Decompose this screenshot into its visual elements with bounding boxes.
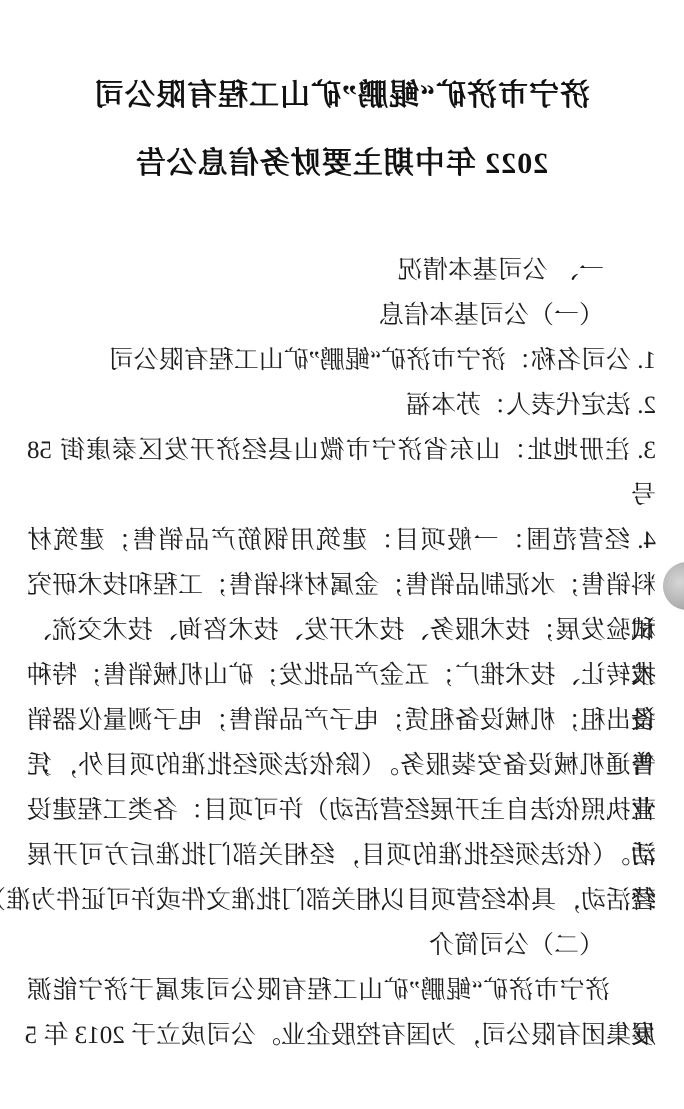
section-heading: 一、 公司基本情况: [27, 248, 656, 293]
document-text: 济宁市济矿“鲲鹏”矿山工程有限公司2022 年中期主要财务信息公告 一、 公司基…: [27, 0, 656, 1058]
doc-title-line: 2022 年中期主要财务信息公告: [27, 130, 656, 198]
numbered-item: 3. 注册地址：山东省济宁市微山县经济开发区泰康街 58号: [27, 428, 656, 518]
text-line: 术转让、技术推广；五金产品批发；矿山机械销售；特种设: [27, 653, 656, 698]
text-line: 展集团有限公司，为国有控股企业。公司成立于 2013 年 5: [27, 1013, 656, 1058]
text-line: 济宁市济矿“鲲鹏”矿山工程有限公司隶属于济宁能源发: [27, 968, 656, 1013]
section-heading: （二）公司简介: [27, 923, 656, 968]
numbered-item: 2. 法定代表人：苏本福: [27, 383, 656, 428]
numbered-item: 1. 公司名称：济宁市济矿“鲲鹏”矿山工程有限公司: [27, 338, 656, 383]
section-heading: （一）公司基本信息: [27, 293, 656, 338]
doc-title-line: 济宁市济矿“鲲鹏”矿山工程有限公司: [27, 62, 656, 130]
text-line: 试验发展；技术服务、技术开发、技术咨询、技术交流、技: [27, 608, 656, 653]
doc-body: 一、 公司基本情况（一）公司基本信息1. 公司名称：济宁市济矿“鲲鹏”矿山工程有…: [27, 248, 656, 1058]
mirrored-content: 济宁市济矿“鲲鹏”矿山工程有限公司2022 年中期主要财务信息公告 一、 公司基…: [0, 0, 684, 1109]
text-line: 4. 经营范围：一般项目：建筑用钢筋产品销售；建筑材: [27, 518, 656, 563]
text-line: 动。（依法须经批准的项目，经相关部门批准后方可开展经: [27, 833, 656, 878]
text-line: 号: [27, 473, 656, 518]
text-line: 1. 公司名称：济宁市济矿“鲲鹏”矿山工程有限公司: [27, 338, 656, 383]
text-line: （一）公司基本信息: [27, 293, 656, 338]
doc-title: 济宁市济矿“鲲鹏”矿山工程有限公司2022 年中期主要财务信息公告: [27, 0, 656, 198]
text-line: 业执照依法自主开展经营活动）许可项目：各类工程建设活: [27, 788, 656, 833]
paragraph: 济宁市济矿“鲲鹏”矿山工程有限公司隶属于济宁能源发展集团有限公司，为国有控股企业…: [27, 968, 656, 1058]
text-line: 3. 注册地址：山东省济宁市微山县经济开发区泰康街 58: [27, 428, 656, 473]
document-page: 济宁市济矿“鲲鹏”矿山工程有限公司2022 年中期主要财务信息公告 一、 公司基…: [0, 0, 684, 1109]
text-line: （二）公司简介: [27, 923, 656, 968]
text-line: 2. 法定代表人：苏本福: [27, 383, 656, 428]
text-line: 普通机械设备安装服务。（除依法须经批准的项目外，凭营: [27, 743, 656, 788]
text-line: 营活动，具体经营项目以相关部门批准文件或许可证件为准）: [27, 878, 656, 923]
text-line: 备出租；机械设备租赁；电子产品销售；电子测量仪器销售；: [27, 698, 656, 743]
text-line: 料销售；水泥制品销售；金属材料销售；工程和技术研究和: [27, 563, 656, 608]
text-line: 一、 公司基本情况: [27, 248, 656, 293]
numbered-item: 4. 经营范围：一般项目：建筑用钢筋产品销售；建筑材料销售；水泥制品销售；金属材…: [27, 518, 656, 923]
